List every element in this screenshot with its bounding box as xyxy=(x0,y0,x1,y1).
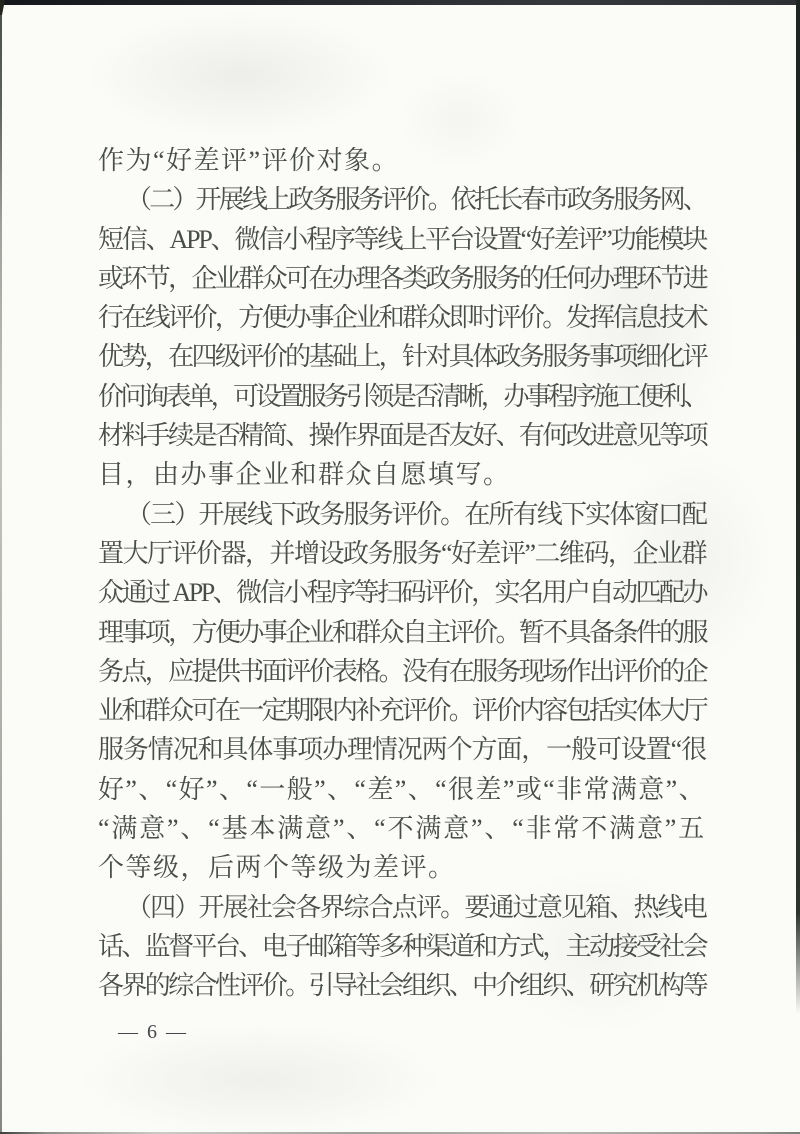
text-line: 理事项，方便办事企业和群众自主评价。暂不具备条件的服 xyxy=(98,613,706,652)
text-line: （四）开展社会各界综合点评。要通过意见箱、热线电 xyxy=(98,888,706,927)
text-line: 置大厅评价器，并增设政务服务“好差评”二维码，企业群 xyxy=(98,534,706,573)
text-line: 好”、“好”、“一般”、“差”、“很差”或“非常满意”、 xyxy=(98,770,706,809)
text-line: 材料手续是否精简、操作界面是否友好、有何改进意见等项 xyxy=(98,416,706,455)
scan-edge-right xyxy=(796,0,800,1014)
document-body: 作为“好差评”评价对象。 （二）开展线上政务服务评价。依托长春市政务服务网、 短… xyxy=(98,141,706,1006)
scan-edge-top xyxy=(0,0,800,5)
text-line: 业和群众可在一定期限内补充评价。评价内容包括实体大厅 xyxy=(98,691,706,730)
text-line: 或环节，企业群众可在办理各类政务服务的任何办理环节进 xyxy=(98,259,706,298)
text-line: 话、监督平台、电子邮箱等多种渠道和方式，主动接受社会 xyxy=(98,927,706,966)
text-line: 短信、APP、微信小程序等线上平台设置“好差评”功能模块 xyxy=(98,220,706,259)
text-line: 务点，应提供书面评价表格。没有在服务现场作出评价的企 xyxy=(98,652,706,691)
text-line: （三）开展线下政务服务评价。在所有线下实体窗口配 xyxy=(98,495,706,534)
text-line: 众通过 APP、微信小程序等扫码评价，实名用户自动匹配办 xyxy=(98,573,706,612)
text-line: 个等级，后两个等级为差评。 xyxy=(98,848,706,887)
text-line: 作为“好差评”评价对象。 xyxy=(98,141,706,180)
text-line: “满意”、“基本满意”、“不满意”、“非常不满意”五 xyxy=(98,809,706,848)
page-number: — 6 — xyxy=(118,1018,188,1046)
text-line: 优势，在四级评价的基础上，针对具体政务服务事项细化评 xyxy=(98,337,706,376)
text-line: 服务情况和具体事项办理情况两个方面，一般可设置“很 xyxy=(98,730,706,769)
text-line: 行在线评价，方便办事企业和群众即时评价。发挥信息技术 xyxy=(98,298,706,337)
text-line: 各界的综合性评价。引导社会组织、中介组织、研究机构等 xyxy=(98,966,706,1005)
scanned-page: 作为“好差评”评价对象。 （二）开展线上政务服务评价。依托长春市政务服务网、 短… xyxy=(0,0,800,1134)
text-line: （二）开展线上政务服务评价。依托长春市政务服务网、 xyxy=(98,180,706,219)
scan-corner-mark xyxy=(0,0,5,15)
text-line: 价问询表单，可设置服务引领是否清晰，办事程序施工便利、 xyxy=(98,377,706,416)
scan-edge-left xyxy=(0,0,2,1134)
text-line: 目，由办事企业和群众自愿填写。 xyxy=(98,455,706,494)
